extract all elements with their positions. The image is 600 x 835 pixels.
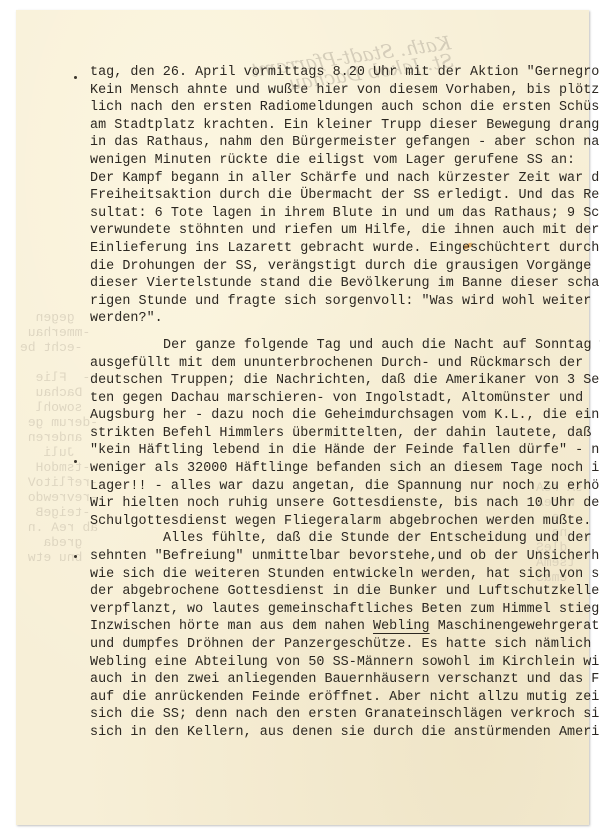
text-line: in das Rathaus, nahm den Bürgermeister g… [90,134,590,152]
underlined-word: Webling [373,619,430,634]
text-line: verpflanzt, wo lautes gemeinschaftliches… [90,601,590,619]
text-line: Schulgottesdienst wegen Fliegeralarm abg… [90,513,590,531]
text-line: die Drohungen der SS, verängstigt durch … [90,258,590,276]
margin-dot [74,460,77,463]
text-line: Lager!! - alles war dazu angetan, die Sp… [90,478,590,496]
text-line: wie sich die weiteren Stunden entwickeln… [90,566,590,584]
text-line: dieser Viertelstunde stand die Bevölkeru… [90,275,590,293]
text-line: lich nach den ersten Radiomeldungen auch… [90,99,590,117]
text-line: Der Kampf begann in aller Schärfe und na… [90,170,590,188]
typewritten-text: tag, den 26. April vormittags 8.20 Uhr m… [90,64,590,742]
text-line: auch in den zwei anliegenden Bauernhäuse… [90,671,590,689]
text-line: deutschen Truppen; die Nachrichten, daß … [90,372,590,390]
text-line: sehnten "Befreiung" unmittelbar bevorste… [90,548,590,566]
text-segment: Maschinengewehrgeratter [430,619,600,634]
text-line: ausgefüllt mit dem ununterbrochenen Durc… [90,355,590,373]
text-line: auf die anrückenden Feinde eröffnet. Abe… [90,689,590,707]
text-line: sich die SS; denn nach den ersten Granat… [90,706,590,724]
bleed-through-margin-left: - gegen -mmerhau -echt be - Flie Dachau … [20,310,98,565]
text-line: und dumpfes Dröhnen der Panzergeschütze.… [90,636,590,654]
text-line: "kein Häftling lebend in die Hände der F… [90,442,590,460]
text-line: ten gegen Dachau marschieren- von Ingols… [90,390,590,408]
text-line: Alles fühlte, daß die Stunde der Entsche… [90,530,590,548]
text-line: wenigen Minuten rückte die eiligst vom L… [90,152,590,170]
text-line: tag, den 26. April vormittags 8.20 Uhr m… [90,64,590,82]
text-line: sich in den Kellern, aus denen sie durch… [90,724,590,742]
text-line: sultat: 6 Tote lagen in ihrem Blute in u… [90,205,590,223]
text-line: Freiheitsaktion durch die Übermacht der … [90,187,590,205]
text-segment: Inzwischen hörte man aus dem nahen [90,619,373,634]
text-line: verwundete stöhnten und riefen um Hilfe,… [90,222,590,240]
text-line: Der ganze folgende Tag und auch die Nach… [90,337,590,355]
text-line: Augsburg her - dazu noch die Geheimdurch… [90,407,590,425]
text-line: Inzwischen hörte man aus dem nahen Webli… [90,618,590,636]
text-line: der abgebrochene Gottesdienst in die Bun… [90,583,590,601]
text-line: werden?". [90,310,590,328]
text-line: am Stadtplatz krachten. Ein kleiner Trup… [90,117,590,135]
text-line: rigen Stunde und fragte sich sorgenvoll:… [90,293,590,311]
text-line: strikten Befehl Himmlers übermittelten, … [90,425,590,443]
text-line: Webling eine Abteilung von 50 SS-Männern… [90,654,590,672]
text-line: Wir hielten noch ruhig unsere Gottesdien… [90,495,590,513]
margin-dot [74,76,77,79]
text-line: Kein Mensch ahnte und wußte hier von die… [90,82,590,100]
text-line: Einlieferung ins Lazarett gebracht wurde… [90,240,590,258]
text-line: weniger als 32000 Häftlinge befanden sic… [90,460,590,478]
margin-dot [74,555,77,558]
